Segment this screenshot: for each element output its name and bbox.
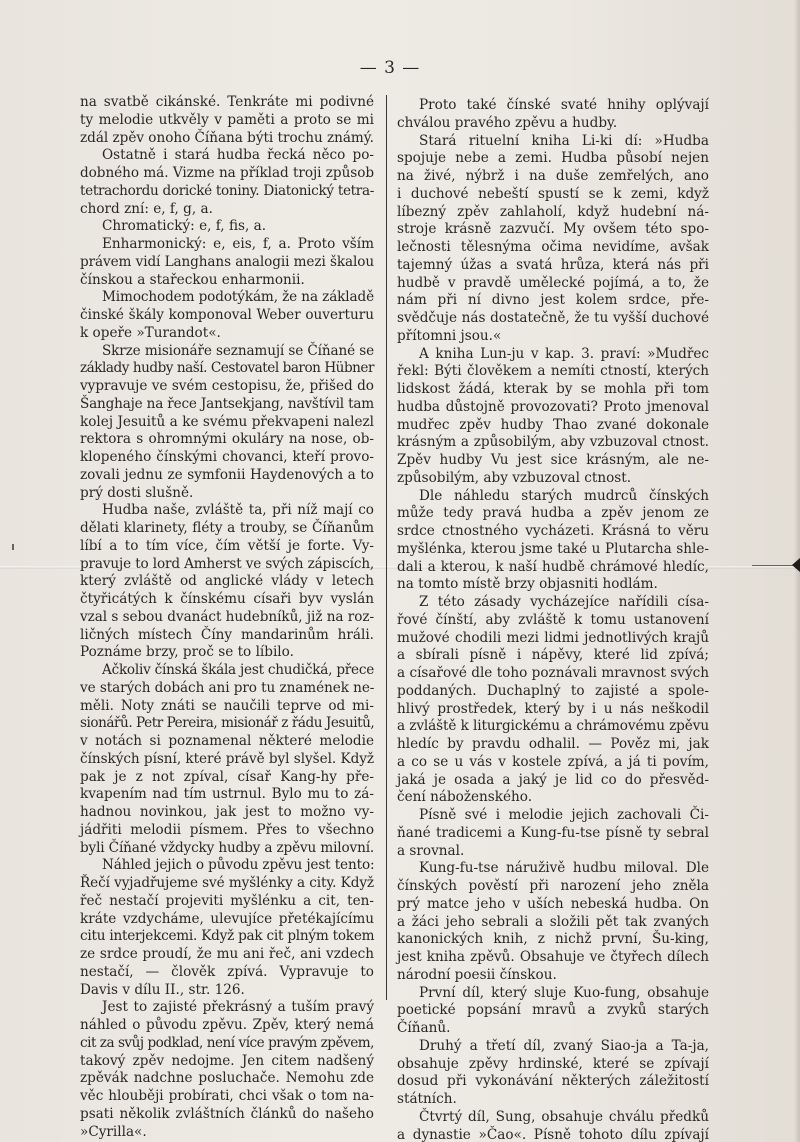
text-line: Kung-fu-tse náruživě hudbu miloval. Dle — [397, 860, 709, 878]
text-line: byli Číňané vždycky hudby a zpěvu milovn… — [80, 840, 374, 858]
text-line: řeč nestačí projeviti myšlénku a cit, te… — [80, 893, 374, 911]
text-line: kolej Jesuitů a ke svému překvapeni nale… — [80, 414, 374, 432]
text-line: dosud při vykonávání některých záležitos… — [397, 1073, 709, 1091]
text-line: Poznáme brzy, proč se to líbilo. — [80, 644, 374, 662]
text-line: přítomni jsou.« — [397, 328, 709, 346]
text-line: a dynastie »Čao«. Písně tohoto dílu zpív… — [397, 1127, 709, 1142]
text-line: hudba důstojně provozovati? Proto jmenov… — [397, 399, 709, 417]
text-line: základy hudby naší. Cestovatel baron Hüb… — [80, 360, 374, 378]
text-line: Dle náhledu starých mudrců čínských — [397, 488, 709, 506]
text-line: řekl: Býti člověkem a nemíti ctností, kt… — [397, 363, 709, 381]
text-line: dali a kterou, k naší hudbě chrámové hle… — [397, 559, 709, 577]
text-line: a císařové dle toho poznávali mravnost s… — [397, 665, 709, 683]
text-line: Jest to zajisté překrásný a tuším pravý — [80, 999, 374, 1017]
text-line: mužové chodili mezi lidmi jednotlivých k… — [397, 630, 709, 648]
text-line: cit za svůj podklad, není více pravým zp… — [80, 1035, 374, 1053]
margin-mark — [12, 544, 14, 550]
text-line: způsobilým, aby vzbuzoval ctnost. — [397, 470, 709, 488]
text-line: Z této zásady vycházejíce nařídili císa- — [397, 594, 709, 612]
page-edge-tear-mark — [752, 558, 800, 572]
text-line: ty melodie utkvěly v paměti a proto se m… — [80, 112, 374, 130]
text-line: činské škály komponoval Weber ouverturu — [80, 307, 374, 325]
text-line: Čtvrtý díl, Sung, obsahuje chválu předků — [397, 1109, 709, 1127]
text-line: lečnosti tělesnýma očima nevidíme, avšak — [397, 239, 709, 257]
text-line: jest kniha zpěvů. Obsahuje ve čtyřech dí… — [397, 949, 709, 967]
text-line: líbezný zpěv zahlaholí, když hudební ná- — [397, 204, 709, 222]
text-line: čínských písní, které právě byl slyšel. … — [80, 751, 374, 769]
text-line: kráte vzdycháme, ulevujíce přetékajícímu — [80, 911, 374, 929]
text-line: psati několik zvláštních článků do našeh… — [80, 1106, 374, 1124]
column-divider — [386, 95, 387, 1000]
text-line: takový zpěv nedojme. Jen citem nadšený — [80, 1053, 374, 1071]
text-line: čení náboženského. — [397, 789, 709, 807]
text-line: Chromatický: e, f, fis, a. — [80, 218, 374, 236]
text-line: ve starých dobách ani pro tu znamének ne… — [80, 680, 374, 698]
text-line: nám při ní divno jest kolem srdce, pře- — [397, 292, 709, 310]
text-line: a co se u vás v kostele zpívá, a já ti p… — [397, 754, 709, 772]
text-line: pravuje to lord Amherst ve svých zápiscí… — [80, 556, 374, 574]
text-line: poddaných. Duchaplný to zajisté a spole- — [397, 683, 709, 701]
text-line: myšlénka, kterou jsme také u Plutarcha s… — [397, 541, 709, 559]
text-line: dělati klarinety, fléty a trouby, se Číň… — [80, 520, 374, 538]
text-line: tetrachordu dorické toniny. Diatonický t… — [80, 183, 374, 201]
text-line: Hudba naše, zvláště ta, při níž mají co — [80, 502, 374, 520]
text-line: Mimochodem podotýkám, že na základě — [80, 289, 374, 307]
text-line: sionářů. Petr Pereira, misionář z řádu J… — [80, 715, 374, 733]
text-line: i duchové nebeští spustí se k zemi, když — [397, 186, 709, 204]
text-line: obsahuje zpěvy hrdinské, které se zpívaj… — [397, 1056, 709, 1074]
text-line: lidskost žádá, kterak by se mohla při to… — [397, 381, 709, 399]
text-line: Ostatně i stará hudba řecká něco po- — [80, 147, 374, 165]
text-line: srdce ctnostného vycházeti. Krásná to vě… — [397, 523, 709, 541]
text-line: Stará rituelní kniha Li-ki dí: »Hudba — [397, 133, 709, 151]
text-line: náhled o původu zpěvu. Zpěv, který nemá — [80, 1017, 374, 1035]
text-line: rektora s ohromnými okuláry na nose, ob- — [80, 431, 374, 449]
text-line: Šanghaje na řece Jantsekjang, navštívil … — [80, 396, 374, 414]
text-line: citu interjekcemi. Když pak cit plným to… — [80, 928, 374, 946]
text-line: a zvláště k liturgickému a chrámovému zp… — [397, 718, 709, 736]
text-line: Proto také čínské svaté hnihy oplývají — [397, 97, 709, 115]
text-line: a srovnal. — [397, 843, 709, 861]
text-line: čínskou a stařeckou enharmonii. — [80, 272, 374, 290]
text-line: dobného má. Vizme na příklad troji způso… — [80, 165, 374, 183]
text-line: v notách si poznamenal některé melodie — [80, 733, 374, 751]
text-line: líbí a to tím více, čím větší je forte. … — [80, 538, 374, 556]
text-line: A kniha Lun-ju v kap. 3. praví: »Mudřec — [397, 346, 709, 364]
text-line: Davis v dílu II., str. 126. — [80, 982, 374, 1000]
text-line: »Cyrilla«. — [80, 1124, 374, 1142]
text-line: hlivý prostředek, který by i u nás neško… — [397, 701, 709, 719]
right-text-column: Proto také čínské svaté hnihy oplývajích… — [397, 97, 709, 1142]
text-line: Zpěv hudby Vu jest sice krásným, ale ne- — [397, 452, 709, 470]
text-line: Řečí vyjadřujeme své myšlénky a city. Kd… — [80, 875, 374, 893]
text-line: čínských pověstí při narození jeho zněla — [397, 878, 709, 896]
text-line: čtyřicátých k čínskému císaři byv vyslán — [80, 591, 374, 609]
text-line: krásným a způsobilým, aby vzbuzoval ctno… — [397, 434, 709, 452]
text-line: prý matce jeho v uších nebeská hudba. On — [397, 896, 709, 914]
text-line: Číňanů. — [397, 1020, 709, 1038]
text-line: ličných místech Číny mandarinům hráli. — [80, 627, 374, 645]
text-line: na tomto místě brzy objasniti hodlám. — [397, 576, 709, 594]
text-line: vzal s sebou dvanáct hudebníků, již na r… — [80, 609, 374, 627]
scanned-page: — 3 — na svatbě cikánské. Tenkráte mi po… — [0, 0, 800, 1142]
text-line: prý dosti slušně. — [80, 485, 374, 503]
text-line: státních. — [397, 1091, 709, 1109]
text-line: Enharmonický: e, eis, f, a. Proto vším — [80, 236, 374, 254]
left-text-column: na svatbě cikánské. Tenkráte mi podivnét… — [80, 94, 374, 1141]
text-line: na svatbě cikánské. Tenkráte mi podivné — [80, 94, 374, 112]
text-line: mudřec zpěv hudby Thao zvané dokonale — [397, 417, 709, 435]
text-line: hadnou novinkou, jak jest to možno vy- — [80, 804, 374, 822]
text-line: kanonických knih, z nichž první, Šu-king… — [397, 931, 709, 949]
text-line: spojuje nebe a zemi. Hudba působí nejen — [397, 150, 709, 168]
text-line: měli. Noty znáti se naučili teprve od mi… — [80, 698, 374, 716]
text-line: chválou pravého zpěvu a hudby. — [397, 115, 709, 133]
text-line: nestačí, — člověk zpívá. Vypravuje to — [80, 964, 374, 982]
text-line: a žáci jeho sebrali a složili pět tak zv… — [397, 914, 709, 932]
text-line: kvapením nad tím ustrnul. Bylo mu to zá- — [80, 786, 374, 804]
page-number: — 3 — — [350, 58, 430, 78]
text-line: poetické popsání mravů a zvyků starých — [397, 1002, 709, 1020]
text-line: Náhled jejich o původu zpěvu jest tento: — [80, 857, 374, 875]
text-line: jaká je osada a jaký je lid co do přesvě… — [397, 772, 709, 790]
text-line: Druhý a třetí díl, zvaný Siao-ja a Ta-ja… — [397, 1038, 709, 1056]
text-line: zpěvák nadchne posluchače. Nemohu zde — [80, 1070, 374, 1088]
text-line: svědčuje nás dostatečně, že tu vyšší duc… — [397, 310, 709, 328]
text-line: věc hlouběji probírati, chci však o tom … — [80, 1088, 374, 1106]
text-line: chord zní: e, f, g, a. — [80, 201, 374, 219]
text-line: klopeného čínskými chovanci, kteří provo… — [80, 449, 374, 467]
text-line: národní poesii čínskou. — [397, 967, 709, 985]
text-line: řové čínští, aby zvláště k tomu ustanove… — [397, 612, 709, 630]
text-line: může tedy pravá hudba a zpěv jenom ze — [397, 505, 709, 523]
text-line: Skrze misionáře seznamují se Číňané se — [80, 343, 374, 361]
text-line: hudbě v pravdě umělecké pojímá, a to, že — [397, 275, 709, 293]
text-line: První díl, který sluje Kuo-fung, obsahuj… — [397, 985, 709, 1003]
text-line: jádřiti melodii písmem. Přes to všechno — [80, 822, 374, 840]
text-line: zdál zpěv onoho Číňana býti trochu známý… — [80, 130, 374, 148]
text-line: Písně své i melodie jejich zachovali Či- — [397, 807, 709, 825]
text-line: tajemný úžas a svatá hrůza, která nás př… — [397, 257, 709, 275]
text-line: pak je z not zpíval, císař Kang-hy pře- — [80, 769, 374, 787]
text-line: ňané tradicemi a Kung-fu-tse písně ty se… — [397, 825, 709, 843]
text-line: k opeře »Turandot«. — [80, 325, 374, 343]
text-line: a sbírali písně i nápěvy, které lid zpív… — [397, 647, 709, 665]
text-line: na živé, nýbrž i na duše zemřelých, ano — [397, 168, 709, 186]
text-line: zovali jednu ze symfonii Haydenových a t… — [80, 467, 374, 485]
text-line: hledíc by pravdu odhalil. — Pověz mi, ja… — [397, 736, 709, 754]
text-line: stroje krásně zazvučí. My ovšem této spo… — [397, 221, 709, 239]
text-line: právem vidí Langhans analogii mezi škalo… — [80, 254, 374, 272]
text-line: vypravuje ve svém cestopisu, že, přišed … — [80, 378, 374, 396]
text-line: ze srdce proudí, že mu ani řeč, ani vzde… — [80, 946, 374, 964]
text-line: Ačkoliv čínská škála jest chudičká, přec… — [80, 662, 374, 680]
text-line: který zvláště od anglické vlády v letech — [80, 573, 374, 591]
